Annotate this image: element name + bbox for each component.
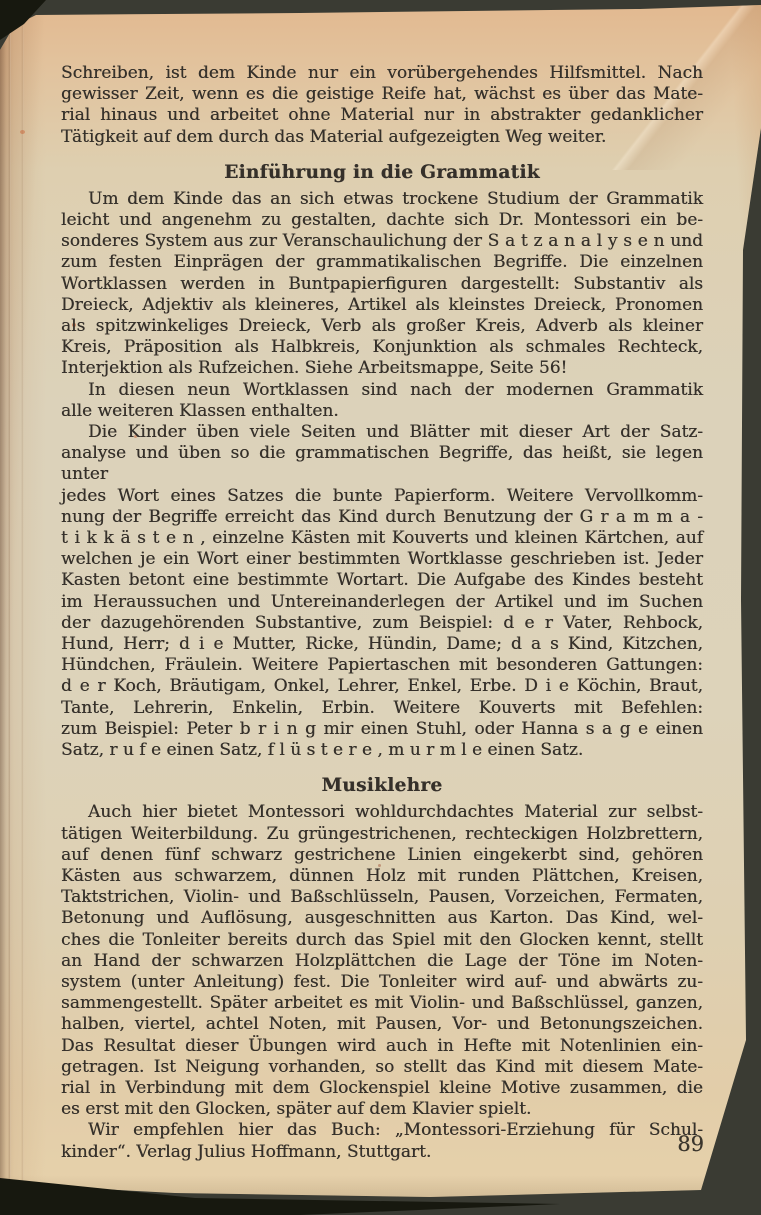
text-line: an Hand der schwarzen Holzplättchen die …: [61, 951, 703, 972]
text-line: tätigen Weiterbildung. Zu grüngestrichen…: [61, 824, 703, 845]
text-line: welchen je ein Wort einer bestimmten Wor…: [61, 549, 703, 570]
text-line: als spitzwinkeliges Dreieck, Verb als gr…: [61, 316, 703, 337]
text-line: im Heraussuchen und Untereinanderlegen d…: [61, 592, 703, 613]
text-line: halben, viertel, achtel Noten, mit Pause…: [61, 1014, 703, 1035]
text-line: Um dem Kinde das an sich etwas trockene …: [61, 189, 703, 210]
text-line: Die Kinder üben viele Seiten und Blätter…: [61, 422, 703, 443]
text-line: analyse und üben so die grammatischen Be…: [61, 443, 703, 485]
paragraph: Auch hier bietet Montessori wohldurchdac…: [61, 802, 703, 1120]
text-line: jedes Wort eines Satzes die bunte Papier…: [61, 486, 703, 507]
text-line: t i k k ä s t e n , einzelne Kästen mit …: [61, 528, 703, 549]
paragraph: Schreiben, ist dem Kinde nur ein vorüber…: [61, 63, 703, 148]
text-line: Kästen aus schwarzem, dünnen Holz mit ru…: [61, 866, 703, 887]
page-crease: [21, 0, 24, 1215]
text-line: Tante, Lehrerin, Enkelin, Erbin. Weitere…: [61, 698, 703, 719]
text-line: alle weiteren Klassen enthalten.: [61, 401, 703, 422]
paragraph: Die Kinder üben viele Seiten und Blätter…: [61, 422, 703, 761]
section-heading: Einführung in die Grammatik: [61, 162, 703, 184]
text-line: Auch hier bietet Montessori wohldurchdac…: [61, 802, 703, 823]
section-heading: Musiklehre: [61, 775, 703, 797]
text-line: zum Beispiel: Peter b r i n g mir einen …: [61, 719, 703, 740]
text-line: Hündchen, Fräulein. Weitere Papiertasche…: [61, 655, 703, 676]
text-line: zum festen Einprägen der grammatikalisch…: [61, 252, 703, 273]
paragraph: Um dem Kinde das an sich etwas trockene …: [61, 189, 703, 380]
text-line: In diesen neun Wortklassen sind nach der…: [61, 380, 703, 401]
paper-speck: [20, 130, 25, 134]
text-line: leicht und angenehm zu gestalten, dachte…: [61, 210, 703, 231]
text-line: getragen. Ist Neigung vorhanden, so stel…: [61, 1057, 703, 1078]
text-line: ches die Tonleiter bereits durch das Spi…: [61, 930, 703, 951]
text-line: Satz, r u f e einen Satz, f l ü s t e r …: [61, 740, 703, 761]
book-scan: { "document": { "language": "de", "page_…: [0, 0, 761, 1215]
paragraph: In diesen neun Wortklassen sind nach der…: [61, 380, 703, 422]
text-line: Kreis, Präposition als Halbkreis, Konjun…: [61, 337, 703, 358]
text-line: Wortklassen werden in Buntpapierfiguren …: [61, 274, 703, 295]
text-line: gewisser Zeit, wenn es die geistige Reif…: [61, 84, 703, 105]
text-block: Schreiben, ist dem Kinde nur ein vorüber…: [61, 63, 703, 1163]
text-line: Tätigkeit auf dem durch das Material auf…: [61, 127, 703, 148]
page-number: 89: [600, 1132, 704, 1156]
text-line: Kasten betont eine bestimmte Wortart. Di…: [61, 570, 703, 591]
text-line: d e r Koch, Bräutigam, Onkel, Lehrer, En…: [61, 676, 703, 697]
text-line: nung der Begriffe erreicht das Kind durc…: [61, 507, 703, 528]
text-line: system (unter Anleitung) fest. Die Tonle…: [61, 972, 703, 993]
text-line: rial hinaus und arbeitet ohne Material n…: [61, 105, 703, 126]
text-line: sonderes System aus zur Veranschaulichun…: [61, 231, 703, 252]
text-line: es erst mit den Glocken, später auf dem …: [61, 1099, 703, 1120]
text-line: sammengestellt. Später arbeitet es mit V…: [61, 993, 703, 1014]
text-line: der dazugehörenden Substantive, zum Beis…: [61, 613, 703, 634]
text-line: auf denen fünf schwarz gestrichene Linie…: [61, 845, 703, 866]
text-line: Hund, Herr; d i e Mutter, Ricke, Hündin,…: [61, 634, 703, 655]
text-line: Schreiben, ist dem Kinde nur ein vorüber…: [61, 63, 703, 84]
text-line: Betonung und Auflösung, ausgeschnitten a…: [61, 908, 703, 929]
text-line: rial in Verbindung mit dem Glockenspiel …: [61, 1078, 703, 1099]
page-crease: [8, 0, 11, 1215]
text-line: Interjektion als Rufzeichen. Siehe Arbei…: [61, 358, 703, 379]
scanned-page: Schreiben, ist dem Kinde nur ein vorüber…: [0, 0, 761, 1215]
text-line: Dreieck, Adjektiv als kleineres, Artikel…: [61, 295, 703, 316]
text-line: Das Resultat dieser Übungen wird auch in…: [61, 1036, 703, 1057]
text-line: Taktstrichen, Violin- und Baßschlüsseln,…: [61, 887, 703, 908]
